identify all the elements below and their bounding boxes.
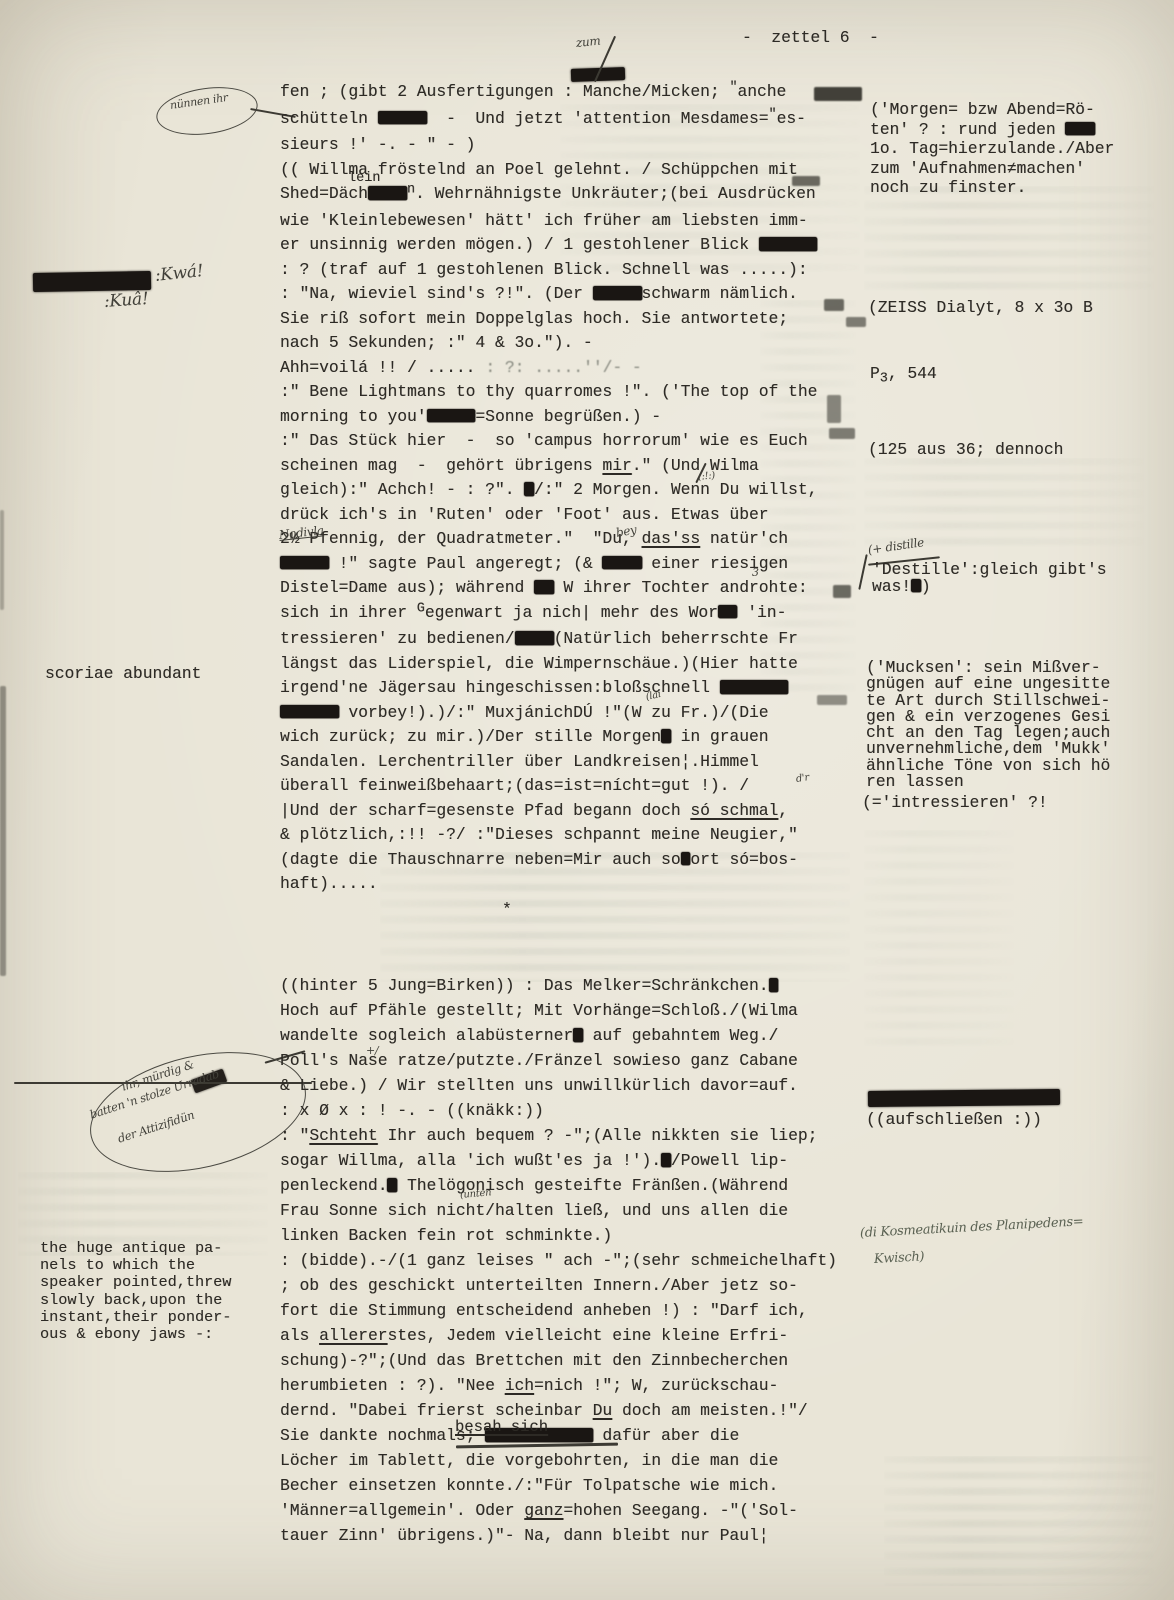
redaction-bar <box>534 580 554 593</box>
typed-text: =Sonne begrüßen.) - <box>475 407 661 426</box>
text-line: herumbieten : ?). "Nee ich=nich !"; W, z… <box>280 1373 837 1398</box>
typed-text: Ihr auch bequem ? -";(Alle nikkten sie l… <box>378 1126 818 1145</box>
text-line: dernd. "Dabei frierst scheinbar Du doch … <box>280 1398 837 1423</box>
text-line: tressieren' zu bedienen/(Natürlich beher… <box>280 627 817 652</box>
text-line: ; ob des geschickt unterteilten Innern./… <box>280 1273 837 1298</box>
text-line: penleckend. Thelögonisch gesteifte Fränß… <box>280 1173 837 1198</box>
typed-text: Becher einsetzen konnte./:"Für Tolpatsch… <box>280 1476 778 1495</box>
margin-note-125: (125 aus 36; dennoch <box>868 440 1063 459</box>
text-line: : "Na, wieviel sind's ?!". (Der schwarm … <box>280 282 817 307</box>
typed-text: ." (Und Wilma <box>632 456 759 475</box>
typed-correction-besah-sich: besah sich <box>455 1420 548 1435</box>
redaction-bar <box>524 482 534 495</box>
redaction-bar <box>759 237 818 250</box>
text-line: Löcher im Tablett, die vorgebohrten, in … <box>280 1448 837 1473</box>
text-line: ((aufschließen :)) <box>866 1110 1042 1129</box>
typed-text: , 544 <box>888 364 937 383</box>
typed-text: wandelte sogleich alabüsterner <box>280 1026 573 1045</box>
typed-text: sich in ihrer <box>280 603 417 622</box>
text-line: ten' ? : rund jeden <box>870 120 1114 140</box>
typed-text: Shed=Däch <box>280 184 368 203</box>
typed-text: (dagte die Thauschnarre neben=Mir auch s… <box>280 850 681 869</box>
text-line: besah sich <box>455 1420 548 1435</box>
typed-text: : ? (traf auf 1 gestohlenen Blick. Schne… <box>280 260 808 279</box>
typed-text: 'in- <box>737 603 786 622</box>
underlined-text: Du <box>593 1401 613 1420</box>
typed-text: Ahh=voilá !! / ..... <box>280 358 475 377</box>
typed-text: vorbey!).)/:" MuxjánichDÚ !"(W zu Fr.)/(… <box>339 703 769 722</box>
typed-text: schung)-?";(Und das Brettchen mit den Zi… <box>280 1351 788 1370</box>
typed-text: er unsinnig werden mögen.) / 1 gestohlen… <box>280 235 759 254</box>
typed-text: was! <box>872 577 911 596</box>
text-line: scoriae abundant <box>45 664 201 683</box>
typed-text: schwarm nämlich. <box>642 284 798 303</box>
typed-text: instant,their ponder- <box>40 1308 231 1326</box>
typed-text: natür'ch <box>700 529 788 548</box>
typed-text: auf gebahntem Weg./ <box>583 1026 778 1045</box>
typed-text: fort die Stimmung entscheidend anheben !… <box>280 1301 808 1320</box>
text-line: ((hinter 5 Jung=Birken)) : Das Melker=Sc… <box>280 973 837 998</box>
text-line: fen ; (gibt 2 Ausfertigungen : Manche/Mi… <box>280 80 817 107</box>
underlined-text: besah sich <box>455 1418 548 1436</box>
typed-text: ous & ebony jaws -: <box>40 1325 213 1343</box>
text-line: tauer Zinn' übrigens.)"- Na, dann bleibt… <box>280 1523 837 1548</box>
underlined-text: Schteht <box>309 1126 377 1145</box>
ink-bleed-mark <box>814 87 862 101</box>
text-line: morning to you'=Sonne begrüßen.) - <box>280 405 817 430</box>
text-line: nels to which the <box>40 1257 231 1274</box>
text-line: & Liebe.) / Wir stellten uns unwillkürli… <box>280 1073 837 1098</box>
text-line: linken Backen fein rot schminkte.) <box>280 1223 837 1248</box>
typed-text: tressieren' zu bedienen/ <box>280 629 515 648</box>
text-line: ous & ebony jaws -: <box>40 1326 231 1343</box>
typed-text: anche <box>737 82 786 101</box>
margin-note-scoriae: scoriae abundant <box>45 664 201 683</box>
text-line: noch zu finster. <box>870 178 1114 198</box>
text-line: Sie riß sofort mein Doppelglas hoch. Sie… <box>280 307 817 332</box>
redaction-bar <box>718 605 738 618</box>
typed-text: 2½ Pfennig, der Quadratmeter." "Du, <box>280 529 642 548</box>
text-line: schung)-?";(Und das Brettchen mit den Zi… <box>280 1348 837 1373</box>
typed-text: zum 'Aufnahmen≠machen' <box>870 159 1085 178</box>
typed-text: ort só=bos- <box>690 850 797 869</box>
text-line: Distel=Dame aus); während W ihrer Tochte… <box>280 576 817 601</box>
text-line: längst das Liderspiel, die Wimpernschäue… <box>280 652 817 677</box>
typed-text: tauer Zinn' übrigens.)"- Na, dann bleibt… <box>280 1526 769 1545</box>
redaction-bar <box>573 1028 583 1041</box>
text-line: speaker pointed,threw <box>40 1274 231 1291</box>
handwritten-annotation: :Kuâ! <box>103 289 149 312</box>
text-line: sich in ihrer Gegenwart ja nich| mehr de… <box>280 601 817 628</box>
text-line: * <box>502 898 512 922</box>
typed-text: längst das Liderspiel, die Wimpernschäue… <box>280 654 798 673</box>
typed-text: Thelögonisch gesteifte Fränßen.(Während <box>397 1176 788 1195</box>
text-line: drück ich's in 'Ruten' oder 'Foot' aus. … <box>280 503 817 528</box>
typed-text: ) <box>921 577 931 596</box>
ghost-bleedthrough-text <box>864 458 1144 548</box>
typed-text: /:" 2 Morgen. Wenn Du willst, <box>534 480 817 499</box>
typed-text: wich zurück; zu mir.)/Der stille Morgen <box>280 727 661 746</box>
typed-text: 1o. Tag=hierzulande./Aber <box>870 139 1114 158</box>
text-line: gleich):" Achch! - : ?". /:" 2 Morgen. W… <box>280 478 817 503</box>
typed-text: Frau Sonne sich nicht/halten ließ, und u… <box>280 1201 788 1220</box>
typed-text: Hoch auf Pfähle gestellt; Mit Vorhänge=S… <box>280 1001 798 1020</box>
ink-bleed-mark <box>0 510 4 610</box>
typed-text: morning to you' <box>280 407 427 426</box>
typed-text: noch zu finster. <box>870 178 1026 197</box>
typed-text: Sandalen. Lerchentriller über Landkreise… <box>280 752 759 771</box>
handwritten-annotation: Kwisch) <box>874 1249 925 1267</box>
redaction-bar <box>681 852 691 865</box>
typed-text: sieurs !' -. - " - ) <box>280 135 475 154</box>
typed-text: !" sagte Paul angeregt; (& <box>329 554 603 573</box>
text-line: Frau Sonne sich nicht/halten ließ, und u… <box>280 1198 837 1223</box>
text-line: :" Das Stück hier - so 'campus horrorum'… <box>280 429 817 454</box>
text-line: Sandalen. Lerchentriller über Landkreise… <box>280 750 817 775</box>
typed-text: nels to which the <box>40 1256 195 1274</box>
typed-text: :" Das Stück hier - so 'campus horrorum'… <box>280 431 808 450</box>
text-line: zum 'Aufnahmen≠machen' <box>870 159 1114 179</box>
text-line: fort die Stimmung entscheidend anheben !… <box>280 1298 837 1323</box>
raised-typed-text: G <box>417 597 425 622</box>
text-line: ('Morgen= bzw Abend=Rö- <box>870 100 1114 120</box>
redaction-bar <box>661 729 671 742</box>
handwritten-annotation: 3 <box>752 566 759 579</box>
redaction-bar <box>427 409 476 422</box>
text-line: überall feinweißbehaart;(das=ist=nícht=g… <box>280 774 817 799</box>
typed-text: ren lassen <box>866 772 964 791</box>
text-line: lein <box>348 172 380 186</box>
handwritten-annotation: d'r <box>795 772 809 785</box>
typed-text: Poll's Nase ratze/putzte./Fränzel sowies… <box>280 1051 798 1070</box>
pen-stroke <box>858 554 867 590</box>
typed-text: :" Bene Lightmans to thy quarromes !". (… <box>280 382 817 401</box>
typed-text: - zettel 6 - <box>742 28 879 47</box>
margin-note-english: the huge antique pa-nels to which thespe… <box>40 1240 231 1343</box>
text-line: als allererstes, Jedem vielleicht eine k… <box>280 1323 837 1348</box>
text-line: the huge antique pa- <box>40 1240 231 1257</box>
text-line: schütteln - Und jetzt 'attention Mesdame… <box>280 107 817 134</box>
text-line: |Und der scharf=gesenste Pfad begann doc… <box>280 799 817 824</box>
redaction-bar <box>661 1153 671 1166</box>
typed-text: Löcher im Tablett, die vorgebohrten, in … <box>280 1451 778 1470</box>
typed-text: : " <box>280 1126 309 1145</box>
redaction-bar <box>387 1178 397 1191</box>
text-line: ren lassen <box>866 774 1110 790</box>
typed-text: schütteln <box>280 109 378 128</box>
typed-text: & Liebe.) / Wir stellten uns unwillkürli… <box>280 1076 798 1095</box>
typed-text: : "Na, wieviel sind's ?!". (Der <box>280 284 593 303</box>
typed-text: penleckend. <box>280 1176 387 1195</box>
redaction-bar-right-margin <box>868 1089 1060 1107</box>
raised-typed-text: n <box>407 178 415 203</box>
margin-note-destille: 'Destille':gleich gibt'swas!) <box>872 562 1107 595</box>
typed-text: W ihrer Tochter androhte: <box>554 578 808 597</box>
typed-text: doch am meisten.!"/ <box>612 1401 807 1420</box>
margin-note-mucksen: ('Mucksen': sein Mißver-gnügen auf eine … <box>866 660 1110 790</box>
main-text-block-1: fen ; (gibt 2 Ausfertigungen : Manche/Mi… <box>280 80 817 897</box>
text-line: Poll's Nase ratze/putzte./Fränzel sowies… <box>280 1048 837 1073</box>
text-line: - zettel 6 - <box>742 26 879 50</box>
typed-text: überall feinweißbehaart;(das=ist=nícht=g… <box>280 776 749 795</box>
typed-text: (ZEISS Dialyt, 8 x 3o B <box>868 298 1093 317</box>
ghost-bleedthrough-text <box>864 830 1014 1050</box>
text-line: P3, 544 <box>870 364 937 385</box>
typed-text: 'Männer=allgemein'. Oder <box>280 1501 524 1520</box>
typed-text: - Und jetzt 'attention Mesdames= <box>427 109 769 128</box>
handwritten-annotation: zum <box>575 33 601 49</box>
text-line: (125 aus 36; dennoch <box>868 440 1063 459</box>
text-line: & plötzlich,:!! -?/ :"Dieses schpannt me… <box>280 823 817 848</box>
text-line: : ? (traf auf 1 gestohlenen Blick. Schne… <box>280 258 817 283</box>
section-separator-star: * <box>502 898 512 922</box>
typed-text: sogar Willma, alla 'ich wußt'es ja !'). <box>280 1151 661 1170</box>
margin-note-morgen: ('Morgen= bzw Abend=Rö-ten' ? : rund jed… <box>870 100 1114 198</box>
text-line: wie 'Kleinlebewesen' hätt' ich früher am… <box>280 209 817 234</box>
redaction-bar <box>720 680 788 693</box>
typed-text: wie 'Kleinlebewesen' hätt' ich früher am… <box>280 211 808 230</box>
redaction-bar <box>1065 122 1094 135</box>
typed-text: . Wehrnähnigste Unkräuter;(bei Ausdrücke… <box>415 184 816 203</box>
typed-text: in grauen <box>671 727 769 746</box>
typed-text: stes, Jedem vielleicht eine kleine Erfri… <box>388 1326 789 1345</box>
text-line: was!) <box>872 579 1107 596</box>
typed-text: lein <box>348 171 380 186</box>
typed-text: P <box>870 364 880 383</box>
erased-ghost-text: : ?: .....''/- - <box>475 358 641 377</box>
typed-text: (='intressieren' ?! <box>862 793 1048 812</box>
text-line: Sie dankte nochmals; dafür aber die <box>280 1423 837 1448</box>
text-line: : (bidde).-/(1 ganz leises " ach -";(seh… <box>280 1248 837 1273</box>
text-line: !" sagte Paul angeregt; (& einer riesige… <box>280 552 817 577</box>
redaction-bar <box>769 978 779 991</box>
redaction-bar <box>280 705 339 718</box>
redaction-bar <box>378 111 427 124</box>
margin-note-p3: P3, 544 <box>870 364 937 385</box>
typed-text: ((hinter 5 Jung=Birken)) : Das Melker=Sc… <box>280 976 769 995</box>
typed-text: als <box>280 1326 319 1345</box>
ink-bleed-mark <box>0 686 6 976</box>
typed-text: scoriae abundant <box>45 664 201 683</box>
main-text-block-2: ((hinter 5 Jung=Birken)) : Das Melker=Sc… <box>280 973 837 1548</box>
typed-text: & plötzlich,:!! -?/ :"Dieses schpannt me… <box>280 825 798 844</box>
typed-text: (125 aus 36; dennoch <box>868 440 1063 459</box>
text-line: sieurs !' -. - " - ) <box>280 133 817 158</box>
typed-text: scheinen mag - gehört übrigens <box>280 456 602 475</box>
redaction-bar <box>911 579 921 592</box>
margin-note-zeiss: (ZEISS Dialyt, 8 x 3o B <box>868 298 1093 317</box>
text-line: sogar Willma, alla 'ich wußt'es ja !')./… <box>280 1148 837 1173</box>
handwritten-annotation: (di Kosmeatikuin des Planipedens= <box>860 1214 1084 1241</box>
redaction-bar <box>515 631 554 644</box>
typed-text: * <box>502 900 512 919</box>
typed-text: ((aufschließen :)) <box>866 1110 1042 1129</box>
page-title: - zettel 6 - <box>742 26 879 50</box>
text-line: (ZEISS Dialyt, 8 x 3o B <box>868 298 1093 317</box>
text-line: (='intressieren' ?! <box>862 795 1048 811</box>
text-line: (dagte die Thauschnarre neben=Mir auch s… <box>280 848 817 873</box>
typed-text: =nich !"; W, zurückschau- <box>534 1376 778 1395</box>
typed-text: speaker pointed,threw <box>40 1273 231 1291</box>
margin-note-aufschliessen: ((aufschließen :)) <box>866 1110 1042 1129</box>
underlined-text: ganz <box>524 1501 563 1520</box>
text-line: Becher einsetzen konnte./:"Für Tolpatsch… <box>280 1473 837 1498</box>
text-line: nach 5 Sekunden; :" 4 & 3o."). - <box>280 331 817 356</box>
text-line: wandelte sogleich alabüsterner auf gebah… <box>280 1023 837 1048</box>
text-line: haft)..... <box>280 872 817 897</box>
ghost-bleedthrough-text <box>884 1456 1154 1586</box>
typed-text: , <box>778 801 788 820</box>
text-line: Hoch auf Pfähle gestellt; Mit Vorhänge=S… <box>280 998 837 1023</box>
typed-text: es- <box>777 109 806 128</box>
underlined-text: allerer <box>319 1326 387 1345</box>
text-line: :" Bene Lightmans to thy quarromes !". (… <box>280 380 817 405</box>
typed-text: drück ich's in 'Ruten' oder 'Foot' aus. … <box>280 505 769 524</box>
typed-text: Distel=Dame aus); während <box>280 578 534 597</box>
text-line: wich zurück; zu mir.)/Der stille Morgen … <box>280 725 817 750</box>
underlined-text: ich <box>505 1376 534 1395</box>
underlined-text: das'ss <box>642 529 701 548</box>
raised-typed-text: " <box>729 76 737 100</box>
typed-text: nach 5 Sekunden; :" 4 & 3o."). - <box>280 333 593 352</box>
typed-text: /Powell lip- <box>671 1151 788 1170</box>
raised-typed-text: " <box>769 103 777 127</box>
text-line: 1o. Tag=hierzulande./Aber <box>870 139 1114 159</box>
margin-note-intressieren: (='intressieren' ?! <box>862 795 1048 811</box>
text-line: instant,their ponder- <box>40 1309 231 1326</box>
typed-text: (Natürlich beherrschte Fr <box>554 629 798 648</box>
underlined-text: mir <box>602 456 631 475</box>
typed-text: : x Ø x : ! -. - ((knäkk:)) <box>280 1101 544 1120</box>
handwritten-annotation: (:!:) <box>697 470 715 483</box>
underlined-text: só schmal <box>690 801 778 820</box>
typed-text: ten' ? : rund jeden <box>870 120 1065 139</box>
handwritten-annotation: +/ <box>366 1044 378 1057</box>
redaction-bar <box>368 186 407 199</box>
typed-text: |Und der scharf=gesenste Pfad begann doc… <box>280 801 690 820</box>
redaction-bar <box>593 286 642 299</box>
text-line: : x Ø x : ! -. - ((knäkk:)) <box>280 1098 837 1123</box>
typed-text: =hohen Seegang. -"('Sol- <box>563 1501 798 1520</box>
text-line: er unsinnig werden mögen.) / 1 gestohlen… <box>280 233 817 258</box>
typed-text: ('Morgen= bzw Abend=Rö- <box>870 100 1095 119</box>
typed-correction-lein: lein <box>348 172 380 186</box>
manuscript-page: - zettel 6 -fen ; (gibt 2 Ausfertigungen… <box>0 0 1174 1600</box>
typed-text: slowly back,upon the <box>40 1291 222 1309</box>
text-line: vorbey!).)/:" MuxjánichDÚ !"(W zu Fr.)/(… <box>280 701 817 726</box>
typed-text: egenwart ja nich| mehr des Wor <box>425 603 718 622</box>
typed-text: dafür aber die <box>593 1426 740 1445</box>
text-line: 2½ Pfennig, der Quadratmeter." "Du, das'… <box>280 527 817 552</box>
typed-text: ; ob des geschickt unterteilten Innern./… <box>280 1276 798 1295</box>
ghost-bleedthrough-text <box>864 186 1154 298</box>
typed-text: haft)..... <box>280 874 378 893</box>
typed-text: fen ; (gibt 2 Ausfertigungen : Manche/Mi… <box>280 82 729 101</box>
typed-text: the huge antique pa- <box>40 1239 222 1257</box>
handwritten-annotation: :Kwá! <box>154 261 204 286</box>
text-line: irgend'ne Jägersau hingeschissen:bloßsch… <box>280 676 817 701</box>
typed-text: herumbieten : ?). "Nee <box>280 1376 505 1395</box>
pen-circle <box>153 81 260 141</box>
redaction-bar <box>280 556 329 569</box>
typed-text: einer riesigen <box>642 554 789 573</box>
text-line: slowly back,upon the <box>40 1292 231 1309</box>
typed-text: : (bidde).-/(1 ganz leises " ach -";(seh… <box>280 1251 837 1270</box>
typed-text: linken Backen fein rot schminkte.) <box>280 1226 612 1245</box>
text-line: : "Schteht Ihr auch bequem ? -";(Alle ni… <box>280 1123 837 1148</box>
redaction-bar <box>602 556 641 569</box>
text-line: 'Männer=allgemein'. Oder ganz=hohen Seeg… <box>280 1498 837 1523</box>
text-line: Ahh=voilá !! / ..... : ?: .....''/- - <box>280 356 817 381</box>
lowered-typed-text: 3 <box>880 370 888 389</box>
typed-text: gleich):" Achch! - : ?". <box>280 480 524 499</box>
typed-text: Sie riß sofort mein Doppelglas hoch. Sie… <box>280 309 788 328</box>
text-line: scheinen mag - gehört übrigens mir." (Un… <box>280 454 817 479</box>
